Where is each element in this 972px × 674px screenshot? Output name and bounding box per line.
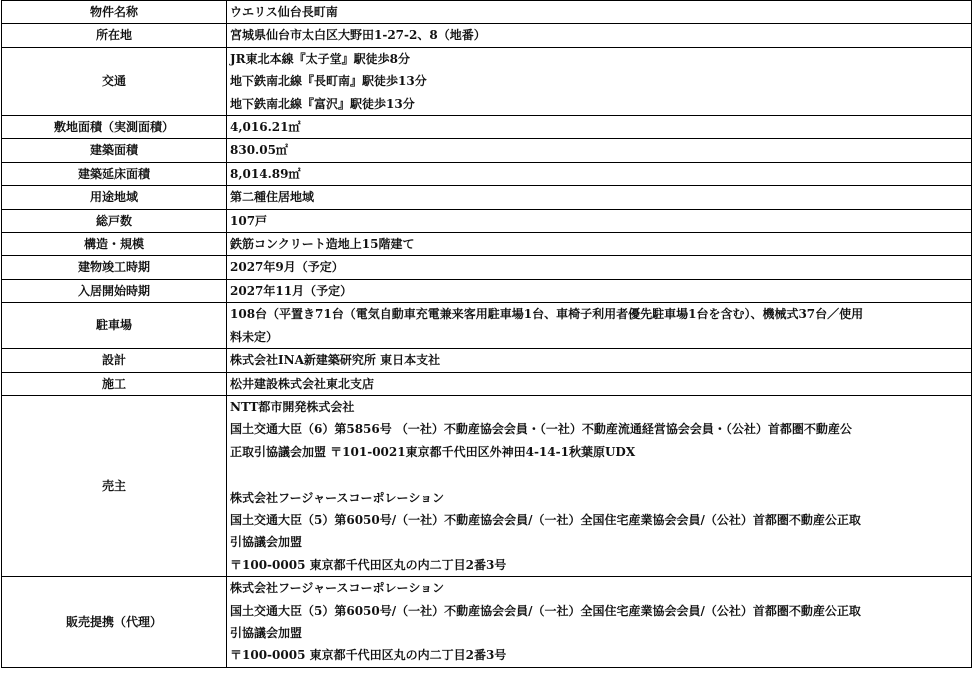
value-line: 松井建設株式会社東北支店 bbox=[230, 373, 967, 395]
value-line: NTT都市開発株式会社 bbox=[230, 396, 967, 418]
value-line: 株式会社フージャースコーポレーション bbox=[230, 577, 967, 599]
blank-line bbox=[230, 463, 967, 486]
label-structure: 構造・規模 bbox=[2, 233, 227, 256]
row-design: 設計 株式会社INA新建築研究所 東日本支社 bbox=[2, 349, 972, 372]
value-line: 2027年11月（予定） bbox=[230, 280, 967, 302]
label-sales-agent: 販売提携（代理） bbox=[2, 577, 227, 668]
label-total-units: 総戸数 bbox=[2, 209, 227, 232]
value-line: 鉄筋コンクリート造地上15階建て bbox=[230, 233, 967, 255]
value-line: 株式会社INA新建築研究所 東日本支社 bbox=[230, 349, 967, 371]
value-line: 2027年9月（予定） bbox=[230, 256, 967, 278]
label-building-area: 建築面積 bbox=[2, 139, 227, 162]
value-line: 〒100-0005 東京都千代田区丸の内二丁目2番3号 bbox=[230, 644, 967, 666]
label-property-name: 物件名称 bbox=[2, 1, 227, 24]
value-site-area: 4,016.21㎡ bbox=[227, 116, 972, 139]
property-spec-table: 物件名称 ウエリス仙台長町南 所在地 宮城県仙台市太白区大野田1-27-2、8（… bbox=[1, 0, 972, 668]
row-structure: 構造・規模 鉄筋コンクリート造地上15階建て bbox=[2, 233, 972, 256]
value-line: 料未定） bbox=[230, 326, 967, 348]
row-zoning: 用途地域 第二種住居地域 bbox=[2, 186, 972, 209]
value-line: 830.05㎡ bbox=[230, 139, 967, 161]
row-construction: 施工 松井建設株式会社東北支店 bbox=[2, 372, 972, 395]
row-site-area: 敷地面積（実測面積） 4,016.21㎡ bbox=[2, 116, 972, 139]
label-site-area: 敷地面積（実測面積） bbox=[2, 116, 227, 139]
value-line: JR東北本線『太子堂』駅徒歩8分 bbox=[230, 48, 967, 70]
value-line: 国土交通大臣（5）第6050号/（一社）不動産協会会員/（一社）全国住宅産業協会… bbox=[230, 600, 967, 622]
value-line: 引協議会加盟 bbox=[230, 531, 967, 553]
row-seller: 売主 NTT都市開発株式会社 国土交通大臣（6）第5856号 （一社）不動産協会… bbox=[2, 395, 972, 576]
label-address: 所在地 bbox=[2, 24, 227, 47]
row-building-area: 建築面積 830.05㎡ bbox=[2, 139, 972, 162]
label-construction: 施工 bbox=[2, 372, 227, 395]
value-line: 地下鉄南北線『富沢』駅徒歩13分 bbox=[230, 93, 967, 115]
label-parking: 駐車場 bbox=[2, 303, 227, 349]
value-seller: NTT都市開発株式会社 国土交通大臣（6）第5856号 （一社）不動産協会会員・… bbox=[227, 395, 972, 576]
value-line: 〒100-0005 東京都千代田区丸の内二丁目2番3号 bbox=[230, 554, 967, 576]
row-property-name: 物件名称 ウエリス仙台長町南 bbox=[2, 1, 972, 24]
row-sales-agent: 販売提携（代理） 株式会社フージャースコーポレーション 国土交通大臣（5）第60… bbox=[2, 577, 972, 668]
value-design: 株式会社INA新建築研究所 東日本支社 bbox=[227, 349, 972, 372]
label-zoning: 用途地域 bbox=[2, 186, 227, 209]
value-parking: 108台（平置き71台（電気自動車充電兼来客用駐車場1台、車椅子利用者優先駐車場… bbox=[227, 303, 972, 349]
row-completion: 建物竣工時期 2027年9月（予定） bbox=[2, 256, 972, 279]
value-line: 株式会社フージャースコーポレーション bbox=[230, 487, 967, 509]
value-line: 正取引協議会加盟 〒101-0021東京都千代田区外神田4-14-1秋葉原UDX bbox=[230, 441, 967, 463]
row-parking: 駐車場 108台（平置き71台（電気自動車充電兼来客用駐車場1台、車椅子利用者優… bbox=[2, 303, 972, 349]
label-design: 設計 bbox=[2, 349, 227, 372]
value-structure: 鉄筋コンクリート造地上15階建て bbox=[227, 233, 972, 256]
row-access: 交通 JR東北本線『太子堂』駅徒歩8分 地下鉄南北線『長町南』駅徒歩13分 地下… bbox=[2, 47, 972, 115]
value-completion: 2027年9月（予定） bbox=[227, 256, 972, 279]
value-line: 宮城県仙台市太白区大野田1-27-2、8（地番） bbox=[230, 24, 967, 46]
row-total-units: 総戸数 107戸 bbox=[2, 209, 972, 232]
value-total-floor-area: 8,014.89㎡ bbox=[227, 162, 972, 185]
value-line: 108台（平置き71台（電気自動車充電兼来客用駐車場1台、車椅子利用者優先駐車場… bbox=[230, 303, 967, 325]
value-line: ウエリス仙台長町南 bbox=[230, 1, 967, 23]
value-sales-agent: 株式会社フージャースコーポレーション 国土交通大臣（5）第6050号/（一社）不… bbox=[227, 577, 972, 668]
value-line: 第二種住居地域 bbox=[230, 186, 967, 208]
value-total-units: 107戸 bbox=[227, 209, 972, 232]
label-access: 交通 bbox=[2, 47, 227, 115]
row-address: 所在地 宮城県仙台市太白区大野田1-27-2、8（地番） bbox=[2, 24, 972, 47]
label-completion: 建物竣工時期 bbox=[2, 256, 227, 279]
value-line: 地下鉄南北線『長町南』駅徒歩13分 bbox=[230, 70, 967, 92]
row-move-in: 入居開始時期 2027年11月（予定） bbox=[2, 279, 972, 302]
label-total-floor-area: 建築延床面積 bbox=[2, 162, 227, 185]
value-construction: 松井建設株式会社東北支店 bbox=[227, 372, 972, 395]
value-zoning: 第二種住居地域 bbox=[227, 186, 972, 209]
value-line: 引協議会加盟 bbox=[230, 622, 967, 644]
value-line: 8,014.89㎡ bbox=[230, 163, 967, 185]
value-address: 宮城県仙台市太白区大野田1-27-2、8（地番） bbox=[227, 24, 972, 47]
row-total-floor-area: 建築延床面積 8,014.89㎡ bbox=[2, 162, 972, 185]
value-line: 107戸 bbox=[230, 210, 967, 232]
value-building-area: 830.05㎡ bbox=[227, 139, 972, 162]
value-line: 4,016.21㎡ bbox=[230, 116, 967, 138]
value-property-name: ウエリス仙台長町南 bbox=[227, 1, 972, 24]
label-move-in: 入居開始時期 bbox=[2, 279, 227, 302]
value-line: 国土交通大臣（5）第6050号/（一社）不動産協会会員/（一社）全国住宅産業協会… bbox=[230, 509, 967, 531]
value-line: 国土交通大臣（6）第5856号 （一社）不動産協会会員・（一社）不動産流通経営協… bbox=[230, 418, 967, 440]
value-move-in: 2027年11月（予定） bbox=[227, 279, 972, 302]
value-access: JR東北本線『太子堂』駅徒歩8分 地下鉄南北線『長町南』駅徒歩13分 地下鉄南北… bbox=[227, 47, 972, 115]
label-seller: 売主 bbox=[2, 395, 227, 576]
